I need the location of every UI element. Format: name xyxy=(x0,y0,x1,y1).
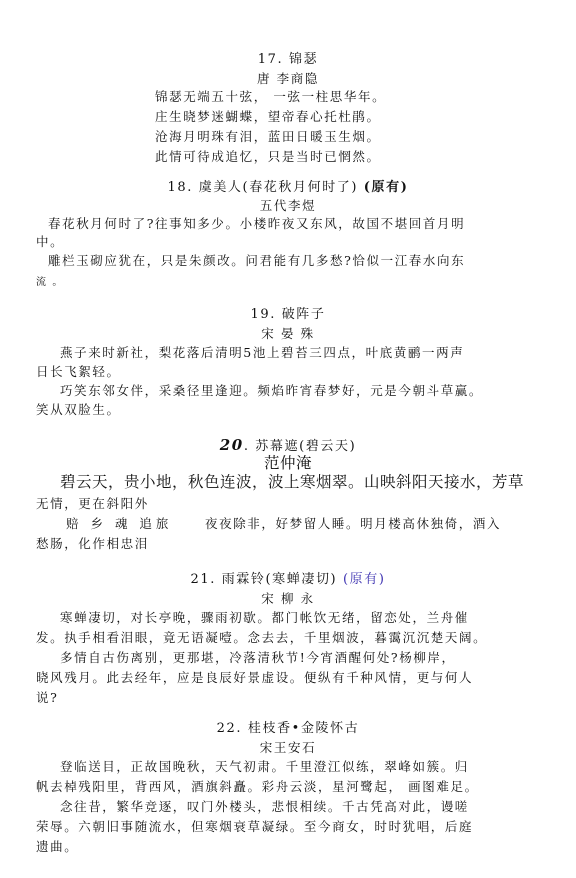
poem-19-line: 巧笑东邻女伴，采桑径里逢迎。频焰昨宵春梦好，元是今朝斗草赢。 xyxy=(60,383,483,399)
poem-18-title: 18. 虞美人(春花秋月何时了) (原有) xyxy=(0,180,576,196)
poem-22-author: 宋王安石 xyxy=(0,740,576,756)
poem-20-line: 夜夜除非，好梦留人睡。明月楼高休独倚，酒入 xyxy=(205,516,501,532)
poem-21-line: 晓风残月。此去经年，应是良辰好景虚设。便纵有千种风情，更与何人 xyxy=(36,670,473,686)
poem-18-line: 流 。 xyxy=(36,275,64,291)
poem-19-line: 笑从双脸生。 xyxy=(36,402,121,418)
poem-title: 锦瑟 xyxy=(289,52,318,67)
poem-17-line: 庄生晓梦迷蝴蝶，望帝春心托杜鹃。 xyxy=(155,109,381,125)
poem-22-line: 遗曲。 xyxy=(36,839,78,855)
poem-number: 18. xyxy=(168,180,193,195)
poem-21-line: 多情自古伤离别，更那堪，冷落清秋节!今宵酒醒何处?杨柳岸， xyxy=(60,650,456,666)
poem-21-line: 寒蝉凄切，对长亭晚，骤雨初歇。都门帐饮无绪，留恋处，兰舟催 xyxy=(60,610,469,626)
poem-title: 雨霖铃(寒蝉凄切) xyxy=(222,572,338,587)
poem-22-line: 帆去棹残阳里，背西风，酒旗斜矗。彩舟云淡，星河鹭起， 画图难足。 xyxy=(36,779,479,795)
poem-17-line: 沧海月明珠有泪，蓝田日暖玉生烟。 xyxy=(155,129,381,145)
poem-title: 破阵子 xyxy=(282,307,326,322)
poem-title: 桂枝香•金陵怀古 xyxy=(248,721,359,736)
poem-22-line: 念往昔，繁华竞逐，叹门外楼头，悲恨相续。千古凭高对此，谩嗟 xyxy=(60,799,469,815)
poem-20-line: 赔 乡 魂 追旅 xyxy=(66,516,172,532)
poem-17-line: 此情可待成追忆，只是当时已惘然。 xyxy=(155,149,381,165)
poem-number: 19. xyxy=(250,307,275,322)
poem-number: 22. xyxy=(217,721,242,736)
poem-20-line: 无情，更在斜阳外 xyxy=(36,496,149,512)
poem-22-title: 22. 桂枝香•金陵怀古 xyxy=(0,721,576,737)
poem-17-author: 唐 李商隐 xyxy=(0,71,576,87)
poem-title: 虞美人(春花秋月何时了) xyxy=(199,180,358,195)
poem-21-author: 宋 柳 永 xyxy=(0,591,576,607)
poem-22-line: 登临送目，正故国晚秋，天气初肃。千里澄江似练，翠峰如簇。归 xyxy=(60,759,469,775)
poem-18-line: 中。 xyxy=(36,234,64,250)
poem-20-author: 范仲淹 xyxy=(0,455,576,471)
original-tag: (原有) xyxy=(364,180,409,195)
poem-18-line: 春花秋月何时了?往事知多少。小楼昨夜又东风，故国不堪回首月明 xyxy=(48,216,465,232)
poem-21-title: 21. 雨霖铃(寒蝉凄切) (原有) xyxy=(0,572,576,588)
poem-18-line: 雕栏玉砌应犹在，只是朱颜改。问君能有几多愁?恰似一江春水向东 xyxy=(48,253,465,269)
poem-17-title: 17. 锦瑟 xyxy=(0,52,576,68)
poem-19-author: 宋 晏 殊 xyxy=(0,326,576,342)
poem-22-line: 荣辱。六朝旧事随流水，但寒烟衰草凝绿。至今商女，时时犹唱，后庭 xyxy=(36,819,473,835)
poem-18-author: 五代李煜 xyxy=(0,198,576,214)
poem-number: 21. xyxy=(190,572,215,587)
poem-19-line: 日长飞絮轻。 xyxy=(36,364,121,380)
poem-title: . 苏幕遮(碧云天) xyxy=(244,439,356,454)
poem-19-title: 19. 破阵子 xyxy=(0,307,576,323)
poem-20-title: 20. 苏幕遮(碧云天) xyxy=(0,437,576,455)
poem-19-line: 燕子来时新社，梨花落后清明5池上碧苔三四点，叶底黄鹂一两声 xyxy=(60,345,464,361)
poem-21-line: 发。执手相看泪眼，竟无语凝噎。念去去，千里烟波，暮霭沉沉楚天阔。 xyxy=(36,630,487,646)
original-tag: (原有) xyxy=(343,572,386,587)
poem-number: 17. xyxy=(258,52,283,67)
poem-17-line: 锦瑟无端五十弦， 一弦一柱思华年。 xyxy=(155,89,386,105)
poem-20-line: 碧云天，贵小地，秋色连波，波上寒烟翠。山映斜阳天接水，芳草 xyxy=(60,474,524,490)
document-page: 17. 锦瑟 唐 李商隐 锦瑟无端五十弦， 一弦一柱思华年。 庄生晓梦迷蝴蝶，望… xyxy=(0,0,576,878)
poem-number: 20 xyxy=(220,436,244,454)
poem-21-line: 说? xyxy=(36,690,58,706)
poem-20-line: 愁肠，化作相忠泪 xyxy=(36,536,149,552)
